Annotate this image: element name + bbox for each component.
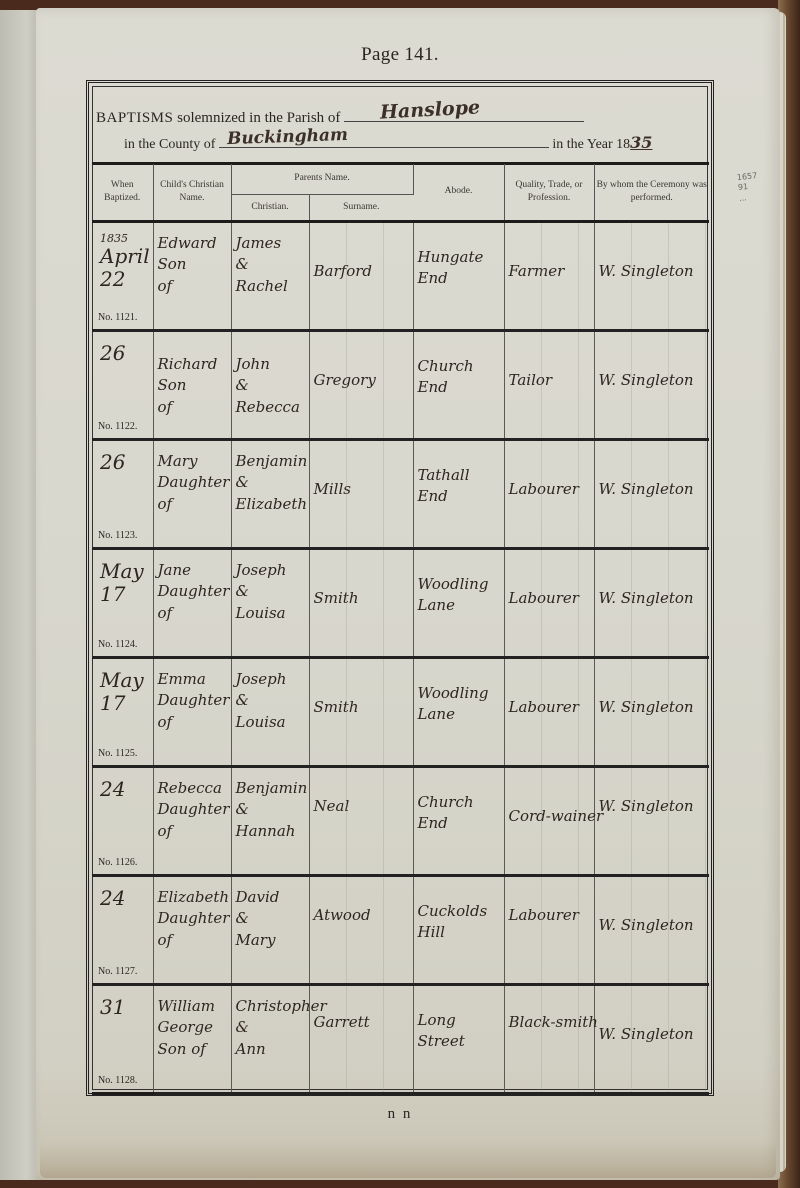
abode-line-2: End bbox=[418, 377, 501, 399]
cell-abode: Church End bbox=[413, 330, 504, 439]
father-name: David bbox=[236, 887, 306, 909]
mother-name: Rachel bbox=[236, 276, 306, 298]
quality: Labourer bbox=[505, 877, 594, 927]
child-name: William bbox=[158, 996, 228, 1018]
officiant: W. Singleton bbox=[595, 659, 710, 719]
child-relation: George bbox=[158, 1017, 228, 1039]
quality: Labourer bbox=[505, 550, 594, 610]
parents-and: & bbox=[236, 690, 306, 712]
col-header-abode: Abode. bbox=[413, 164, 504, 221]
page-number: Page 141. bbox=[0, 44, 800, 66]
cell-parents-christian: Benjamin & Hannah bbox=[231, 766, 309, 875]
abode-line-2: End bbox=[418, 813, 501, 835]
father-name: Christopher bbox=[236, 996, 306, 1018]
cell-parents-christian: Christopher & Ann bbox=[231, 984, 309, 1093]
child-of: of bbox=[158, 397, 228, 419]
cell-parents-christian: David & Mary bbox=[231, 875, 309, 984]
cell-by-whom: W. Singleton bbox=[594, 439, 709, 548]
register-entry: May 17 No. 1125. Emma Daughter of Joseph… bbox=[92, 657, 709, 766]
quality: Labourer bbox=[505, 441, 594, 501]
cell-abode: Long Street bbox=[413, 984, 504, 1093]
cell-child: William George Son of bbox=[153, 984, 231, 1093]
register-entry: 1835 April 22 No. 1121. Edward Son of Ja… bbox=[92, 221, 709, 330]
entry-month: May bbox=[100, 560, 150, 583]
county-field: Buckingham bbox=[219, 130, 549, 148]
parents-and: & bbox=[236, 908, 306, 930]
cell-abode: Woodling Lane bbox=[413, 657, 504, 766]
parents-and: & bbox=[236, 1017, 306, 1039]
cell-by-whom: W. Singleton bbox=[594, 875, 709, 984]
parents-and: & bbox=[236, 799, 306, 821]
surname: Gregory bbox=[310, 332, 413, 392]
cell-parents-christian: Benjamin & Elizabeth bbox=[231, 439, 309, 548]
abode-line-2: Lane bbox=[418, 595, 501, 617]
entry-day: 31 bbox=[100, 996, 150, 1019]
child-name: Rebecca bbox=[158, 778, 228, 800]
cell-surname: Mills bbox=[309, 439, 413, 548]
cell-quality: Tailor bbox=[504, 330, 594, 439]
father-name: Benjamin bbox=[236, 778, 306, 800]
officiant: W. Singleton bbox=[595, 550, 710, 610]
child-of: of bbox=[158, 930, 228, 952]
surname: Smith bbox=[310, 659, 413, 719]
quality: Tailor bbox=[505, 332, 594, 392]
abode-line-2: End bbox=[418, 268, 501, 290]
col-header-by-whom: By whom the Ceremony was performed. bbox=[594, 164, 709, 221]
cell-when: May 17 No. 1125. bbox=[92, 657, 153, 766]
county-value: Buckingham bbox=[227, 125, 349, 149]
mother-name: Rebecca bbox=[236, 397, 306, 419]
child-relation: Daughter bbox=[158, 581, 228, 603]
father-name: Joseph bbox=[236, 560, 306, 582]
baptism-register-table: When Baptized. Child's Christian Name. P… bbox=[92, 164, 709, 1095]
parish-field: Hanslope bbox=[344, 104, 584, 122]
abode-line-2: Street bbox=[418, 1031, 501, 1053]
cell-parents-christian: Joseph & Louisa bbox=[231, 548, 309, 657]
abode-line-1: Woodling bbox=[418, 574, 501, 596]
col-header-child: Child's Christian Name. bbox=[153, 164, 231, 221]
abode-line-1: Long bbox=[418, 1010, 501, 1032]
parents-and: & bbox=[236, 254, 306, 276]
surname: Atwood bbox=[310, 877, 413, 927]
page-stain bbox=[40, 1140, 776, 1178]
abode-line-1: Church bbox=[418, 356, 501, 378]
cell-when: 1835 April 22 No. 1121. bbox=[92, 221, 153, 330]
child-name: Elizabeth bbox=[158, 887, 228, 909]
register-entry: 26 No. 1122. Richard Son of John & Rebec… bbox=[92, 330, 709, 439]
child-relation: Daughter bbox=[158, 799, 228, 821]
col-header-parents-christian: Christian. bbox=[231, 194, 309, 221]
abode-line-1: Hungate bbox=[418, 247, 501, 269]
cell-child: Elizabeth Daughter of bbox=[153, 875, 231, 984]
cell-quality: Farmer bbox=[504, 221, 594, 330]
col-header-when: When Baptized. bbox=[92, 164, 153, 221]
cell-child: Jane Daughter of bbox=[153, 548, 231, 657]
cell-surname: Gregory bbox=[309, 330, 413, 439]
cell-when: May 17 No. 1124. bbox=[92, 548, 153, 657]
cell-abode: Hungate End bbox=[413, 221, 504, 330]
child-name: Richard bbox=[158, 354, 228, 376]
entry-number: No. 1122. bbox=[98, 421, 137, 432]
mother-name: Louisa bbox=[236, 712, 306, 734]
cell-parents-christian: Joseph & Louisa bbox=[231, 657, 309, 766]
cell-quality: Labourer bbox=[504, 548, 594, 657]
child-name: Mary bbox=[158, 451, 228, 473]
entry-day: 24 bbox=[100, 778, 150, 801]
father-name: Joseph bbox=[236, 669, 306, 691]
cell-child: Richard Son of bbox=[153, 330, 231, 439]
quality: Cord-wainer bbox=[505, 768, 594, 828]
cell-by-whom: W. Singleton bbox=[594, 766, 709, 875]
cell-surname: Neal bbox=[309, 766, 413, 875]
cell-by-whom: W. Singleton bbox=[594, 330, 709, 439]
cell-when: 24 No. 1126. bbox=[92, 766, 153, 875]
entry-day: 26 bbox=[100, 342, 150, 365]
register-title: BAPTISMS solemnized in the Parish of Han… bbox=[96, 90, 706, 162]
mother-name: Mary bbox=[236, 930, 306, 952]
title-line-2: in the County of Buckingham in the Year … bbox=[124, 130, 652, 153]
cell-by-whom: W. Singleton bbox=[594, 657, 709, 766]
cell-when: 26 No. 1123. bbox=[92, 439, 153, 548]
child-of: of bbox=[158, 494, 228, 516]
cell-quality: Black-smith bbox=[504, 984, 594, 1093]
cell-quality: Labourer bbox=[504, 875, 594, 984]
cell-by-whom: W. Singleton bbox=[594, 221, 709, 330]
entry-number: No. 1126. bbox=[98, 857, 137, 868]
parents-and: & bbox=[236, 472, 306, 494]
year-value: 35 bbox=[630, 133, 652, 152]
entry-day: 17 bbox=[100, 583, 150, 606]
surname: Neal bbox=[310, 768, 413, 818]
cell-parents-christian: John & Rebecca bbox=[231, 330, 309, 439]
father-name: John bbox=[236, 354, 306, 376]
entry-number: No. 1121. bbox=[98, 312, 137, 323]
officiant: W. Singleton bbox=[595, 332, 710, 392]
child-relation: Son bbox=[158, 254, 228, 276]
cell-child: Mary Daughter of bbox=[153, 439, 231, 548]
cell-quality: Cord-wainer bbox=[504, 766, 594, 875]
entry-number: No. 1128. bbox=[98, 1075, 137, 1086]
register-entry: 31 No. 1128. William George Son of Chris… bbox=[92, 984, 709, 1093]
entry-number: No. 1127. bbox=[98, 966, 137, 977]
surname: Barford bbox=[310, 223, 413, 283]
officiant: W. Singleton bbox=[595, 768, 710, 818]
cell-abode: Woodling Lane bbox=[413, 548, 504, 657]
quality: Black-smith bbox=[505, 986, 594, 1034]
child-of: Son of bbox=[158, 1039, 228, 1061]
mother-name: Hannah bbox=[236, 821, 306, 843]
abode-line-1: Church bbox=[418, 792, 501, 814]
register-entry: May 17 No. 1124. Jane Daughter of Joseph… bbox=[92, 548, 709, 657]
cell-child: Rebecca Daughter of bbox=[153, 766, 231, 875]
mother-name: Ann bbox=[236, 1039, 306, 1061]
register-entry: 24 No. 1126. Rebecca Daughter of Benjami… bbox=[92, 766, 709, 875]
cell-surname: Smith bbox=[309, 548, 413, 657]
mother-name: Elizabeth bbox=[236, 494, 306, 516]
entry-number: No. 1124. bbox=[98, 639, 137, 650]
entry-day: 26 bbox=[100, 451, 150, 474]
child-of: of bbox=[158, 603, 228, 625]
abode-line-2: Lane bbox=[418, 704, 501, 726]
entry-month: May bbox=[100, 669, 150, 692]
child-relation: Daughter bbox=[158, 690, 228, 712]
abode-line-1: Cuckolds bbox=[418, 901, 501, 923]
col-header-parents: Parents Name. bbox=[231, 164, 413, 194]
abode-line-1: Tathall bbox=[418, 465, 501, 487]
margin-pencil-note: 1657 91 ... bbox=[736, 171, 760, 204]
child-relation: Son bbox=[158, 375, 228, 397]
cell-surname: Atwood bbox=[309, 875, 413, 984]
child-name: Emma bbox=[158, 669, 228, 691]
quality: Farmer bbox=[505, 223, 594, 283]
cell-surname: Barford bbox=[309, 221, 413, 330]
abode-line-1: Woodling bbox=[418, 683, 501, 705]
cell-by-whom: W. Singleton bbox=[594, 548, 709, 657]
register-entry: 26 No. 1123. Mary Daughter of Benjamin &… bbox=[92, 439, 709, 548]
entry-day: 17 bbox=[100, 692, 150, 715]
officiant: W. Singleton bbox=[595, 986, 710, 1046]
cell-abode: Church End bbox=[413, 766, 504, 875]
child-of: of bbox=[158, 276, 228, 298]
cell-abode: Tathall End bbox=[413, 439, 504, 548]
abode-line-2: End bbox=[418, 486, 501, 508]
entry-number: No. 1125. bbox=[98, 748, 137, 759]
officiant: W. Singleton bbox=[595, 441, 710, 501]
col-header-parents-surname: Surname. bbox=[309, 194, 413, 221]
register-entry: 24 No. 1127. Elizabeth Daughter of David… bbox=[92, 875, 709, 984]
cell-when: 24 No. 1127. bbox=[92, 875, 153, 984]
title-prefix: BAPTISMS bbox=[96, 110, 173, 126]
child-name: Edward bbox=[158, 233, 228, 255]
cell-quality: Labourer bbox=[504, 657, 594, 766]
child-relation: Daughter bbox=[158, 472, 228, 494]
title-text-3: in the Year 18 bbox=[552, 137, 630, 152]
printer-signature-mark: n n bbox=[0, 1106, 800, 1123]
parents-and: & bbox=[236, 581, 306, 603]
cell-surname: Garrett bbox=[309, 984, 413, 1093]
cell-surname: Smith bbox=[309, 657, 413, 766]
title-text-1: solemnized in the Parish of bbox=[177, 110, 340, 126]
child-name: Jane bbox=[158, 560, 228, 582]
entry-day: 24 bbox=[100, 887, 150, 910]
father-name: James bbox=[236, 233, 306, 255]
child-of: of bbox=[158, 712, 228, 734]
quality: Labourer bbox=[505, 659, 594, 719]
entry-day: 22 bbox=[100, 268, 150, 291]
officiant: W. Singleton bbox=[595, 223, 710, 283]
cell-child: Emma Daughter of bbox=[153, 657, 231, 766]
cell-abode: Cuckolds Hill bbox=[413, 875, 504, 984]
cell-by-whom: W. Singleton bbox=[594, 984, 709, 1093]
officiant: W. Singleton bbox=[595, 877, 710, 937]
surname: Mills bbox=[310, 441, 413, 501]
cell-when: 31 No. 1128. bbox=[92, 984, 153, 1093]
cell-parents-christian: James & Rachel bbox=[231, 221, 309, 330]
abode-line-2: Hill bbox=[418, 922, 501, 944]
parish-value: Hanslope bbox=[380, 96, 481, 123]
father-name: Benjamin bbox=[236, 451, 306, 473]
entry-month: April bbox=[100, 245, 150, 268]
mother-name: Louisa bbox=[236, 603, 306, 625]
cell-quality: Labourer bbox=[504, 439, 594, 548]
col-header-quality: Quality, Trade, or Profession. bbox=[504, 164, 594, 221]
surname: Garrett bbox=[310, 986, 413, 1034]
title-text-2: in the County of bbox=[124, 137, 215, 152]
parents-and: & bbox=[236, 375, 306, 397]
child-of: of bbox=[158, 821, 228, 843]
cell-child: Edward Son of bbox=[153, 221, 231, 330]
child-relation: Daughter bbox=[158, 908, 228, 930]
title-line-1: BAPTISMS solemnized in the Parish of Han… bbox=[96, 104, 584, 127]
surname: Smith bbox=[310, 550, 413, 610]
entry-number: No. 1123. bbox=[98, 530, 137, 541]
cell-when: 26 No. 1122. bbox=[92, 330, 153, 439]
